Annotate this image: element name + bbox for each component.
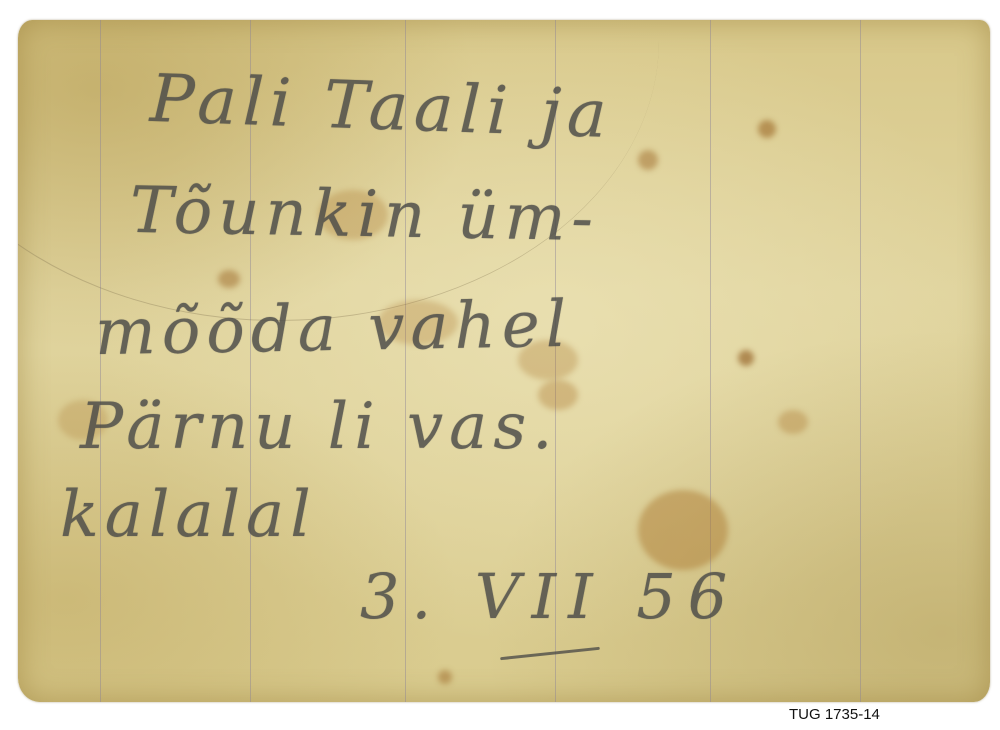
handwriting-line: kalalal	[60, 478, 317, 552]
handwriting-line: Pali Taali ja	[149, 60, 614, 153]
handwriting-line: mõõda vahel	[94, 288, 572, 370]
rule-line	[860, 20, 861, 702]
paper-fold-crease	[18, 20, 659, 321]
stain-spot	[218, 270, 240, 288]
stain-spot	[638, 150, 658, 170]
stain-spot	[638, 490, 728, 570]
stain-spot	[738, 350, 754, 366]
stain-spot	[438, 670, 452, 684]
scan-stage: Pali Taali ja Tõunkin üm- mõõda vahel Pä…	[0, 0, 1000, 730]
stain-spot	[778, 410, 808, 434]
catalog-number-label: TUG 1735-14	[789, 706, 880, 723]
handwriting-line: Pärnu li vas.	[80, 390, 559, 464]
stain-spot	[758, 120, 776, 138]
handwritten-date: 3. VII 56	[360, 560, 739, 633]
handwriting-line: Tõunkin üm-	[129, 174, 599, 256]
